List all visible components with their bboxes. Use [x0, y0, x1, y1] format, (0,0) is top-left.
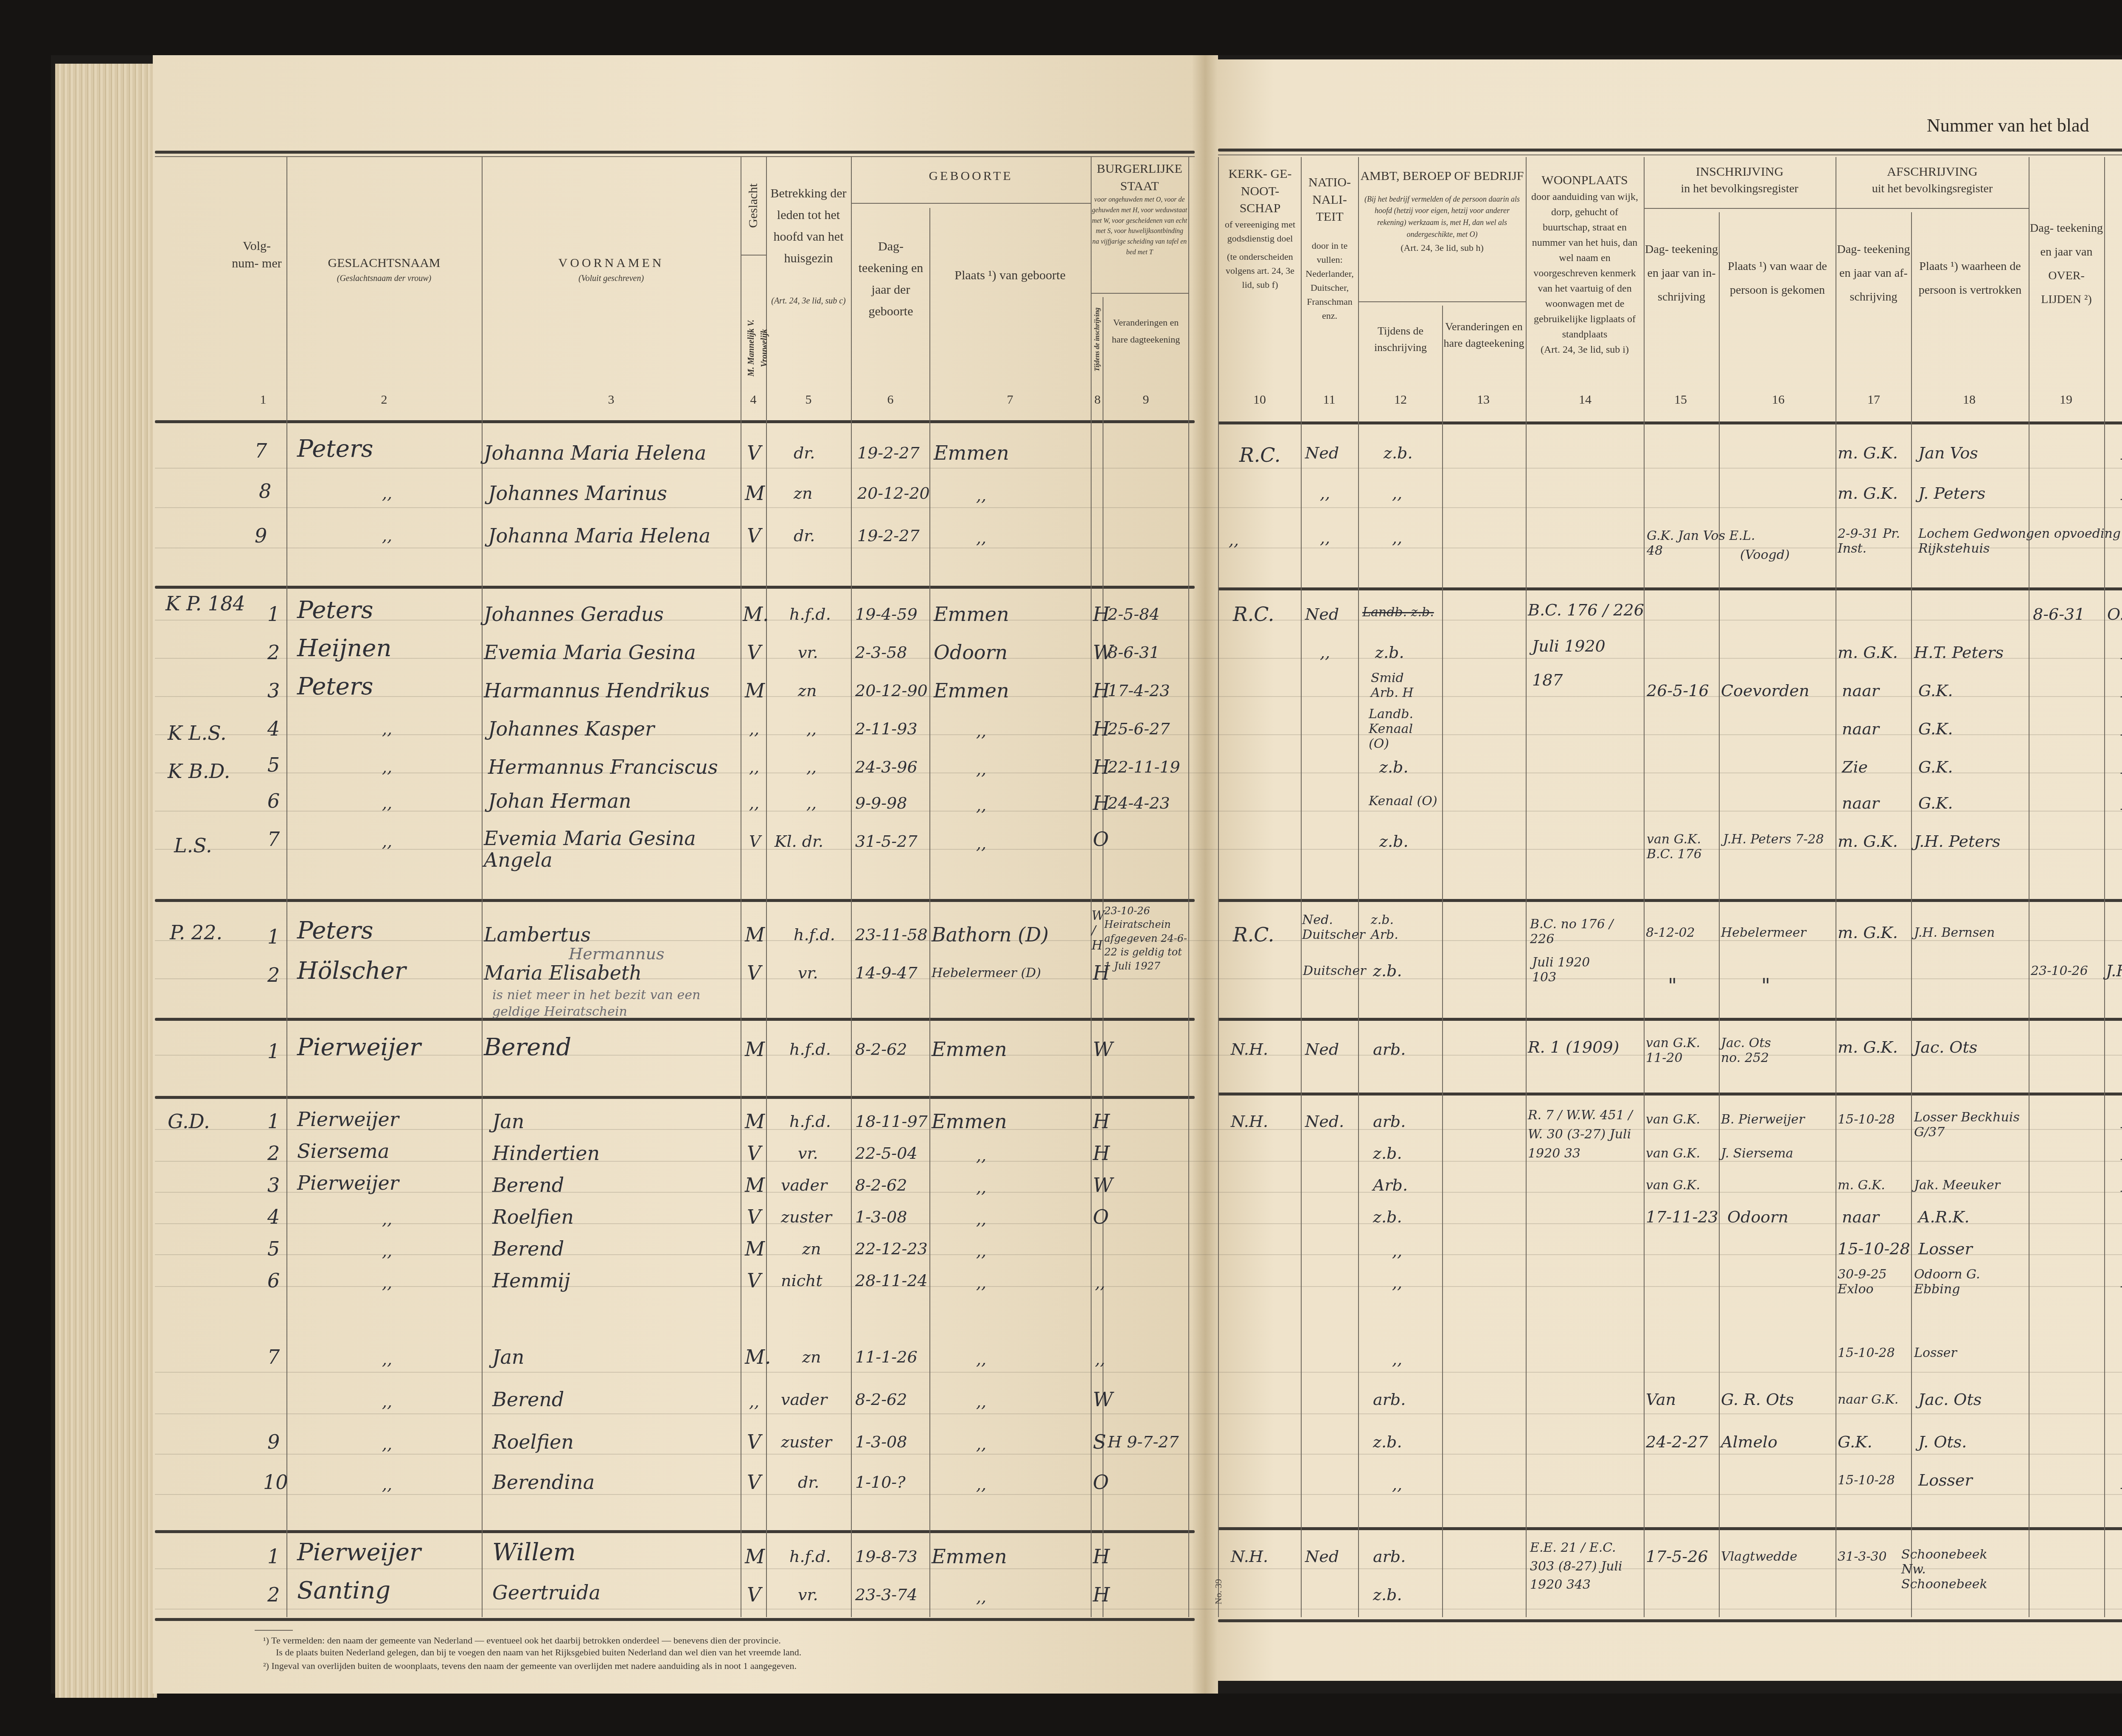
cell-sex: V [747, 1471, 761, 1494]
book-gutter [1193, 55, 1218, 1694]
cell-in-date: van G.K. [1646, 1178, 1700, 1193]
cell-relation: zn [798, 681, 817, 700]
header-inschrijving-datum: Dag- teekening en jaar van in- schrijvin… [1645, 238, 1718, 309]
ruled-line [155, 1568, 2122, 1569]
header-overlijden: Dag- teekening en jaar van OVER- LIJDEN … [2030, 216, 2103, 312]
cell-given: Johannes Marinus [488, 482, 667, 505]
cell-relation: vr. [798, 964, 818, 982]
cell-occupation: ,, [1392, 1273, 1402, 1292]
ruled-line [155, 1254, 2122, 1255]
cell-birth-date: 31-5-27 [855, 832, 918, 851]
cell-given: Johannes Kasper [488, 717, 654, 740]
header-bottom-rule-left [155, 420, 1195, 423]
cell-relation: nicht [781, 1271, 822, 1290]
inschrijving-subrule [1644, 208, 1836, 209]
cell-sex: M. [743, 603, 769, 626]
cell-occupation: arb. [1373, 1390, 1406, 1409]
header-geboorte-plaats: Plaats ¹) van geboorte [932, 263, 1089, 287]
ruled-line [155, 1286, 2122, 1287]
table-bottom-rule-left [155, 1618, 1195, 1621]
cell-nationality: Ned [1305, 1547, 1339, 1566]
cell-out-to: J.H. Bernsen [1914, 925, 1995, 940]
cell-sex: M [745, 1174, 765, 1197]
cell-birth-place: ,, [976, 722, 986, 740]
household-margin-note: K P. 184 [166, 592, 245, 615]
cell-relation: h.f.d. [789, 1112, 831, 1131]
cell-given: Hermannus Franciscus [488, 756, 718, 778]
cell-nr: 5 [267, 1237, 280, 1260]
cell-out-date: m. G.K. [1838, 1038, 1898, 1056]
cell-civil-change: 2-5-84 [1108, 605, 1159, 624]
cell-birth-place: ,, [976, 1242, 986, 1260]
cell-given: Willem [492, 1539, 576, 1566]
column-number: 16 [1766, 393, 1791, 407]
cell-nr: 5 [267, 753, 280, 776]
column-divider [1301, 157, 1302, 1617]
cell-out-to: Losser [1918, 1239, 1973, 1258]
cell-surname: Peters [297, 673, 373, 700]
column-divider [2104, 157, 2105, 1617]
ruled-line [155, 1454, 2122, 1455]
cell-sex: V [747, 441, 761, 464]
cell-religion: ,, [1229, 531, 1239, 549]
header-inschrijving: INSCHRIJVING in het bevolkingsregister [1645, 163, 1834, 197]
cell-nr: 2 [267, 1583, 280, 1606]
cell-religion: N.H. [1231, 1112, 1268, 1131]
cell-given: Harmannus Hendrikus [484, 679, 710, 702]
cell-birth-date: 2-3-58 [855, 643, 907, 662]
left-page [153, 55, 1205, 1694]
cell-nr: 2 [267, 641, 280, 664]
household-separator [1218, 1527, 2122, 1530]
cell-out-date: m. G.K. [1838, 1178, 1885, 1193]
cell-nr: 1 [267, 1040, 280, 1063]
cell-out-to: J. Ots. [1918, 1433, 1967, 1451]
cell-birth-place: ,, [976, 834, 986, 853]
cell-civil: O [1093, 1205, 1109, 1228]
cell-residence: B.C. 176 / 226 [1528, 601, 1644, 619]
cell-in-date: van G.K. [1646, 1112, 1700, 1127]
cell-civil: W [1093, 1038, 1113, 1061]
cell-relation: zn [794, 484, 813, 503]
cell-given: Johannes Geradus [484, 603, 664, 626]
cell-out-to: G.K. [1918, 794, 1953, 812]
cell-out-date: naar [1842, 681, 1879, 700]
cell-birth-place: Hebelermeer (D) [932, 966, 1041, 980]
cell-birth-date: 8-2-62 [855, 1390, 907, 1409]
cell-out-date: 2-9-31 Pr. Inst. [1838, 526, 1910, 556]
cell-out-to: Jac. Ots [1914, 1038, 1977, 1056]
cell-sex: V [747, 1205, 761, 1228]
cell-sex: V [747, 1430, 761, 1453]
cell-in-date: 24-2-27 [1646, 1433, 1708, 1451]
cell-nr: 4 [267, 1205, 280, 1228]
cell-out-to: G.K. [1918, 758, 1953, 776]
cell-relation: ,, [806, 794, 817, 812]
burgerlijke-subrule [1091, 293, 1188, 294]
cell-sex: ,, [749, 719, 759, 738]
column-number: 8 [1085, 393, 1110, 407]
cell-surname: ,, [382, 1242, 392, 1260]
cell-surname: ,, [382, 1210, 392, 1228]
ruled-line [155, 1161, 2122, 1162]
cell-residence: R. 1 (1909) [1528, 1038, 1619, 1056]
cell-out-date: naar [1842, 719, 1879, 738]
cell-birth-date: 23-11-58 [855, 925, 928, 944]
cell-out-date: naar [1842, 794, 1879, 812]
column-number: 12 [1388, 393, 1413, 407]
cell-out-to: G.K. [1918, 681, 1953, 700]
cell-birth-date: 24-3-96 [855, 758, 918, 776]
header-ambt: AMBT, BEROEP OF BEDRIJF (Bij het bedrijf… [1359, 168, 1525, 255]
cell-birth-date: 8-2-62 [855, 1040, 907, 1059]
cell-out-date: G.K. [1838, 1433, 1872, 1451]
cell-sex: M [745, 1237, 765, 1260]
cell-surname: Pierweijer [297, 1108, 399, 1131]
cell-relation: vader [781, 1390, 827, 1409]
cell-relation: zuster [781, 1433, 832, 1451]
ruled-line [155, 1413, 2122, 1414]
cell-nr: 6 [267, 789, 280, 812]
cell-civil: O [1093, 828, 1109, 851]
cell-occupation: ,, [1392, 1350, 1402, 1368]
cell-out-date: 15-10-28 [1838, 1346, 1895, 1360]
cell-relation: Kl. dr. [775, 832, 823, 851]
cell-occupation: Kenaal (O) [1369, 794, 1437, 809]
cell-sex: V [747, 524, 761, 547]
cell-out-date: naar G.K. [1838, 1392, 1898, 1407]
cell-relation: h.f.d. [789, 605, 831, 624]
cell-surname: Peters [297, 917, 373, 944]
cell-civil: ,, [1095, 1273, 1105, 1292]
cell-occupation: Landb. z.b. [1362, 605, 1439, 620]
household-separator [1218, 1018, 2122, 1021]
cell-birth-date: 20-12-20 [857, 484, 930, 503]
cell-birth-date: 28-11-24 [855, 1271, 928, 1290]
cell-out-date: 30-9-25 Exloo [1838, 1267, 1910, 1297]
cell-death: 8-6-31 [2033, 605, 2085, 624]
cell-surname: Pierweijer [297, 1171, 399, 1194]
footnote-1a: ¹) Te vermelden: den naam der gemeente v… [263, 1635, 781, 1646]
cell-in-from: J. Siersema [1721, 1146, 1794, 1161]
cell-civil: H [1093, 1142, 1110, 1165]
column-number: 19 [2053, 393, 2079, 407]
cell-out-to: J. Peters [1918, 484, 1985, 503]
header-geslachtsnaam: GESLACHTSNAAM (Geslachtsnaam der vrouw) [289, 255, 480, 285]
column-number: 3 [598, 393, 624, 407]
cell-civil-change: 24-4-23 [1108, 794, 1170, 812]
cell-given: Roelfien [492, 1430, 574, 1453]
cell-residence: Juli 1920 103 [1532, 955, 1617, 985]
column-divider [1218, 157, 1219, 1617]
header-tijdens-inschrijving: Tijdens de inschrijving [1092, 306, 1103, 374]
header-afschrijving: AFSCHRIJVING uit het bevolkingsregister [1837, 163, 2028, 197]
header-geslacht-mv: M. Mannelijk V. Vrouwelijk [745, 306, 771, 390]
cell-birth-date: 2-11-93 [855, 719, 918, 738]
header-geboorte-datum: Dag- teekening en jaar der geboorte [853, 236, 929, 322]
header-woonplaats: WOONPLAATS door aanduiding van wijk, dor… [1527, 172, 1642, 357]
cell-nr: 7 [267, 1346, 280, 1368]
cell-out-to: Jan Vos [1918, 444, 1978, 462]
cell-surname: Hölscher [297, 957, 406, 985]
cell-surname: Pierweijer [297, 1539, 421, 1566]
cell-occupation: z.b. [1379, 832, 1409, 851]
cell-birth-place: Emmen [932, 1545, 1007, 1568]
cell-birth-date: 22-12-23 [855, 1239, 928, 1258]
cell-civil: H [1093, 1110, 1110, 1133]
cell-out-date: m. G.K. [1838, 484, 1898, 503]
header-top-rule-right-thin [1218, 154, 2122, 155]
cell-in-from: Odoorn [1727, 1208, 1788, 1226]
column-divider [1644, 157, 1645, 1617]
cell-civil: H [1093, 1545, 1110, 1568]
cell-civil-change: 8-6-31 [1108, 643, 1159, 662]
cell-in-from: B. Pierweijer [1721, 1112, 1805, 1127]
cell-nr: 7 [267, 828, 280, 851]
cell-out-date: 31-3-30 [1838, 1549, 1887, 1564]
footnote-1b: Is de plaats buiten Nederland gelegen, d… [276, 1647, 801, 1658]
cell-sex: V [747, 1583, 761, 1606]
cell-in-from: Almelo [1721, 1433, 1777, 1451]
household-margin-note: P. 22. [170, 921, 222, 944]
cell-relation: zn [802, 1239, 821, 1258]
cell-civil: S [1093, 1430, 1106, 1453]
header-top-rule-left [155, 151, 1195, 154]
cell-birth-date: 14-9-47 [855, 964, 918, 982]
cell-relation: dr. [798, 1473, 819, 1492]
cell-relation: h.f.d. [794, 925, 835, 944]
column-divider [741, 157, 741, 1617]
ambt-subrule [1358, 301, 1526, 302]
cell-birth-place: Emmen [934, 603, 1009, 626]
cell-out-to: A.R.K. [1918, 1208, 1970, 1226]
cell-sex: M [745, 1110, 765, 1133]
cell-given: Berend [492, 1388, 564, 1411]
cell-in-from: J.H. Peters 7-28 [1723, 832, 1833, 847]
cell-sex: M. [745, 1346, 771, 1368]
cell-surname: ,, [382, 1392, 392, 1411]
cell-out-to: H.T. Peters [1914, 643, 2004, 662]
cell-occupation: Smid Arb. H [1371, 671, 1434, 700]
cell-occupation: z.b. Arb. [1371, 913, 1422, 942]
cell-occupation: ,, [1392, 528, 1402, 547]
cell-out-date: 15-10-28 [1838, 1473, 1895, 1488]
cell-out-to: Schoonebeek Nw. Schoonebeek [1901, 1547, 2012, 1592]
cell-birth-date: 19-2-27 [857, 444, 920, 462]
cell-relation: dr. [794, 444, 815, 462]
cell-out-to: G.K. [1918, 719, 1953, 738]
cell-out-to: Jak. Meeuker [1914, 1178, 2000, 1193]
cell-given: Berend [492, 1174, 564, 1197]
cell-occupation: z.b. [1373, 1144, 1402, 1163]
cell-in-from: " [1761, 974, 1770, 997]
cell-birth-place: ,, [976, 1210, 986, 1228]
cell-in-date: Van [1646, 1390, 1676, 1409]
cell-sex: M [745, 1038, 765, 1061]
cell-birth-place: ,, [976, 1350, 986, 1368]
cell-out-date: 15-10-28 [1838, 1112, 1895, 1127]
cell-birth-place: ,, [976, 1475, 986, 1494]
cell-surname: ,, [382, 719, 392, 738]
column-number: 5 [796, 393, 821, 407]
cell-birth-place: ,, [976, 1392, 986, 1411]
cell-birth-date: 20-12-90 [855, 681, 928, 700]
cell-out-date: m. G.K. [1838, 923, 1898, 942]
cell-sex: M [745, 679, 765, 702]
header-aanmerkingen: AAN- MERKINGEN (Art. 24, 5e lid) [2106, 259, 2122, 298]
cell-nr: 6 [267, 1269, 280, 1292]
cell-in-date: 17-11-23 [1646, 1208, 1718, 1226]
column-number: 2 [371, 393, 397, 407]
household-separator [155, 1530, 1195, 1533]
header-nationaliteit: NATIO- NALI- TEIT door in te vullen: Ned… [1302, 174, 1357, 323]
column-number: 14 [1572, 393, 1598, 407]
cell-relation: vr. [798, 643, 818, 662]
cell-in-date: van G.K. 11-20 [1646, 1036, 1718, 1065]
row-margin-note: L.S. [174, 834, 212, 857]
cell-nr: 10 [263, 1471, 288, 1494]
cell-relation: zn [802, 1348, 821, 1366]
cell-sex: M [745, 1545, 765, 1568]
cell-occupation: ,, [1392, 1242, 1402, 1260]
cell-occupation: arb. [1373, 1040, 1406, 1059]
cell-given: Roelfien [492, 1205, 574, 1228]
cell-relation: vr. [798, 1144, 818, 1163]
cell-occupation: ,, [1392, 484, 1402, 503]
cell-occupation: z.b. [1373, 1208, 1402, 1226]
cell-birth-place: ,, [976, 1273, 986, 1292]
header-geboorte: GEBOORTE [853, 168, 1089, 185]
cell-out-to: Losser Beckhuis G/37 [1914, 1110, 2024, 1140]
cell-birth-place: ,, [976, 1178, 986, 1197]
cell-birth-place: Emmen [934, 679, 1009, 702]
column-divider [2029, 157, 2029, 1617]
column-number: 15 [1668, 393, 1693, 407]
household-separator [155, 586, 1195, 589]
cell-relation: ,, [806, 758, 817, 776]
cell-occupation: z.b. [1384, 444, 1413, 462]
header-burgerlijke-staat: BURGERLIJKE STAAT voor ongehuwden met O,… [1092, 160, 1187, 258]
cell-birth-date: 1-3-08 [855, 1208, 907, 1226]
header-betrekking: Betrekking der leden tot het hoofd van h… [768, 183, 849, 308]
cell-relation: h.f.d. [789, 1547, 831, 1566]
ruled-line [155, 507, 2122, 508]
ruled-line [155, 468, 2122, 469]
cell-out-date: naar [1842, 1208, 1879, 1226]
cell-birth-date: 19-2-27 [857, 526, 920, 545]
cell-nr: 3 [267, 679, 280, 702]
cell-in-from: (Voogd) [1740, 548, 1790, 562]
column-number: 4 [741, 393, 766, 407]
cell-nr: 1 [267, 1110, 280, 1133]
cell-residence: B.C. no 176 / 226 [1530, 917, 1640, 947]
column-number: 18 [1956, 393, 1982, 407]
page-edges [55, 64, 157, 1698]
cell-given: Jan [492, 1110, 525, 1133]
ruled-line [155, 1192, 2122, 1193]
cell-occupation: Landb. Kenaal (O) [1369, 707, 1437, 751]
ruled-line [155, 849, 2122, 850]
cell-relation: h.f.d. [789, 1040, 831, 1059]
header-afschrijving-datum: Dag- teekening en jaar van af- schrijvin… [1837, 238, 1910, 309]
ruled-line [155, 1129, 2122, 1130]
cell-sex: V [747, 1142, 761, 1165]
cell-birth-date: 19-8-73 [855, 1547, 918, 1566]
cell-birth-place: ,, [976, 796, 986, 815]
cell-surname: ,, [382, 484, 392, 503]
cell-given: Johanna Maria Helena [484, 441, 706, 464]
cell-given: Lambertus [484, 923, 591, 946]
cell-given: Maria Elisabeth [484, 961, 642, 984]
cell-birth-place: Emmen [932, 1038, 1007, 1061]
cell-birth-place: ,, [976, 1146, 986, 1165]
cell-civil: O [1093, 1471, 1109, 1494]
cell-in-date: 8-12-02 [1646, 925, 1695, 940]
cell-in-date: " [1668, 974, 1677, 997]
cell-nr: 8 [259, 480, 271, 503]
household-separator [1218, 899, 2122, 902]
cell-birth-date: 11-1-26 [855, 1348, 918, 1366]
household-separator [1218, 1093, 2122, 1096]
header-top-rule-left-thin [155, 156, 1195, 157]
cell-occupation: ,, [1392, 1475, 1402, 1494]
cell-religion: N.H. [1231, 1040, 1268, 1059]
cell-religion: R.C. [1239, 444, 1280, 466]
cell-nr: 7 [255, 439, 267, 462]
header-ambt-tijdens: Tijdens de inschrijving [1360, 323, 1441, 356]
cell-occupation: z.b. [1379, 758, 1409, 776]
cell-in-date: van G.K. [1646, 1146, 1700, 1161]
cell-nr: 1 [267, 925, 280, 948]
given-name-insert: Hermannus [569, 944, 664, 963]
row-margin-note: K B.D. [168, 760, 230, 783]
cell-relation: dr. [794, 526, 815, 545]
header-geslacht: Geslacht [745, 170, 762, 242]
header-ambt-veranderingen: Veranderingen en hare dagteekening [1443, 318, 1525, 351]
row-margin-note: K L.S. [168, 722, 227, 744]
cell-surname: Santing [297, 1577, 390, 1604]
cell-given: Berendina [492, 1471, 595, 1494]
cell-given: Berend [492, 1237, 564, 1260]
cell-out-date: m. G.K. [1838, 643, 1898, 662]
cell-relation: zuster [781, 1208, 832, 1226]
cell-residence: E.E. 21 / E.C. 303 (8-27) Juli 1920 343 [1530, 1539, 1642, 1594]
form-number: No. 39 [1213, 1579, 1224, 1604]
cell-birth-place: ,, [976, 1435, 986, 1453]
column-divider [1103, 297, 1103, 1617]
cell-birth-place: ,, [976, 1587, 986, 1606]
cell-nr: 1 [267, 1545, 280, 1568]
column-divider [286, 157, 287, 1617]
cell-religion: R.C. [1233, 603, 1274, 626]
ruled-line [155, 1494, 2122, 1495]
cell-in-from: Jac. Ots no. 252 [1721, 1036, 1789, 1065]
cell-civil-change: 25-6-27 [1108, 719, 1170, 738]
column-number: 13 [1471, 393, 1496, 407]
cell-residence: 187 [1532, 671, 1563, 689]
cell-sex: ,, [749, 1392, 759, 1411]
cell-religion: N.H. [1231, 1547, 1268, 1566]
cell-birth-place: ,, [976, 760, 986, 778]
table-bottom-rule-right [1218, 1619, 2122, 1622]
cell-nationality: ,, [1320, 643, 1330, 662]
cell-residence: Juli 1920 [1532, 637, 1606, 655]
geslacht-subrule [741, 255, 766, 256]
cell-nationality: Ned [1305, 444, 1339, 462]
ruled-line [155, 1609, 2122, 1610]
header-veranderingen: Veranderingen en hare dagteekening [1104, 314, 1187, 348]
cell-civil: W [1093, 1388, 1113, 1411]
